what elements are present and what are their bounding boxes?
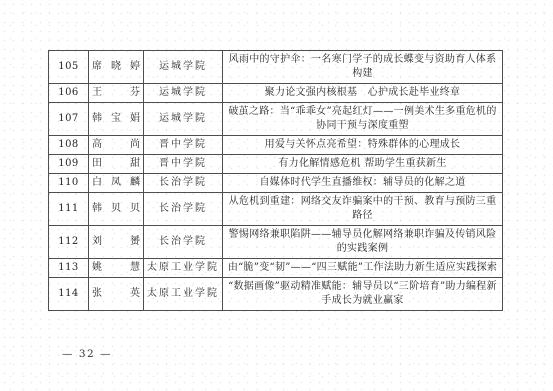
table-row: 114 张英 太原工业学院 “数据画像”驱动精准赋能：辅导员以“三阶培育”助力编… [49, 278, 503, 311]
person-name-cell: 王芬 [89, 84, 144, 103]
person-name-cell: 姚慧 [89, 259, 144, 278]
person-name: 王芬 [92, 86, 140, 100]
institution-cell: 长治学院 [144, 174, 223, 193]
person-name-cell: 席晓婷 [89, 51, 144, 84]
case-title-cell: 自媒体时代学生直播维权：辅导员的化解之道 [223, 174, 503, 193]
case-title-cell: 有力化解情感危机 帮助学生重获新生 [223, 155, 503, 174]
institution-cell: 晋中学院 [144, 136, 223, 155]
person-name: 刘赟 [92, 235, 140, 249]
award-table-body: 105 席晓婷 运城学院 风雨中的守护伞：一名寒门学子的成长蝶变与资助育人体系构… [49, 51, 503, 311]
institution-cell: 运城学院 [144, 51, 223, 84]
row-number-cell: 107 [49, 103, 89, 136]
row-number-cell: 106 [49, 84, 89, 103]
case-title-cell: 由“脆”变“韧”——“四三赋能”工作法助力新生适应实践探索 [223, 259, 503, 278]
table-row: 106 王芬 运城学院 聚力论文强内核根基 心护成长赴毕业终章 [49, 84, 503, 103]
person-name: 高尚 [92, 138, 140, 152]
row-number-cell: 112 [49, 226, 89, 259]
case-title-cell: 破茧之路：当“乖乖女”亮起红灯——一例美术生多重危机的协同干预与深度重塑 [223, 103, 503, 136]
table-row: 111 韩贝贝 长治学院 从危机到重建：网络交友诈骗案中的干预、教育与预防三重路… [49, 193, 503, 226]
case-title-cell: 用爱与关怀点亮希望：特殊群体的心理成长 [223, 136, 503, 155]
row-number-cell: 111 [49, 193, 89, 226]
person-name-cell: 田甜 [89, 155, 144, 174]
person-name: 张英 [92, 287, 140, 301]
person-name-cell: 韩宝娟 [89, 103, 144, 136]
institution-cell: 运城学院 [144, 103, 223, 136]
institution-cell: 太原工业学院 [144, 278, 223, 311]
case-title-cell: 从危机到重建：网络交友诈骗案中的干预、教育与预防三重路径 [223, 193, 503, 226]
table-row: 108 高尚 晋中学院 用爱与关怀点亮希望：特殊群体的心理成长 [49, 136, 503, 155]
person-name: 姚慧 [92, 261, 140, 275]
row-number-cell: 109 [49, 155, 89, 174]
row-number-cell: 110 [49, 174, 89, 193]
person-name: 席晓婷 [92, 60, 140, 74]
person-name: 韩贝贝 [92, 202, 140, 216]
person-name: 白凤麟 [92, 176, 140, 190]
table-row: 105 席晓婷 运城学院 风雨中的守护伞：一名寒门学子的成长蝶变与资助育人体系构… [49, 51, 503, 84]
row-number-cell: 113 [49, 259, 89, 278]
table-row: 107 韩宝娟 运城学院 破茧之路：当“乖乖女”亮起红灯——一例美术生多重危机的… [49, 103, 503, 136]
row-number-cell: 105 [49, 51, 89, 84]
person-name-cell: 韩贝贝 [89, 193, 144, 226]
person-name-cell: 张英 [89, 278, 144, 311]
institution-cell: 晋中学院 [144, 155, 223, 174]
case-title-cell: “数据画像”驱动精准赋能：辅导员以“三阶培育”助力编程新手成长为就业赢家 [223, 278, 503, 311]
person-name: 韩宝娟 [92, 112, 140, 126]
table-row: 109 田甜 晋中学院 有力化解情感危机 帮助学生重获新生 [49, 155, 503, 174]
person-name: 田甜 [92, 157, 140, 171]
page-number: — 32 — [62, 348, 112, 360]
case-title-cell: 警惕网络兼职陷阱——辅导员化解网络兼职诈骗及传销风险的实践案例 [223, 226, 503, 259]
table-row: 113 姚慧 太原工业学院 由“脆”变“韧”——“四三赋能”工作法助力新生适应实… [49, 259, 503, 278]
institution-cell: 运城学院 [144, 84, 223, 103]
institution-cell: 长治学院 [144, 226, 223, 259]
document-page: 105 席晓婷 运城学院 风雨中的守护伞：一名寒门学子的成长蝶变与资助育人体系构… [0, 0, 553, 391]
institution-cell: 长治学院 [144, 193, 223, 226]
row-number-cell: 108 [49, 136, 89, 155]
person-name-cell: 刘赟 [89, 226, 144, 259]
case-title-cell: 风雨中的守护伞：一名寒门学子的成长蝶变与资助育人体系构建 [223, 51, 503, 84]
institution-cell: 太原工业学院 [144, 259, 223, 278]
award-list-table: 105 席晓婷 运城学院 风雨中的守护伞：一名寒门学子的成长蝶变与资助育人体系构… [48, 50, 503, 311]
person-name-cell: 高尚 [89, 136, 144, 155]
case-title-cell: 聚力论文强内核根基 心护成长赴毕业终章 [223, 84, 503, 103]
row-number-cell: 114 [49, 278, 89, 311]
person-name-cell: 白凤麟 [89, 174, 144, 193]
table-row: 112 刘赟 长治学院 警惕网络兼职陷阱——辅导员化解网络兼职诈骗及传销风险的实… [49, 226, 503, 259]
table-row: 110 白凤麟 长治学院 自媒体时代学生直播维权：辅导员的化解之道 [49, 174, 503, 193]
